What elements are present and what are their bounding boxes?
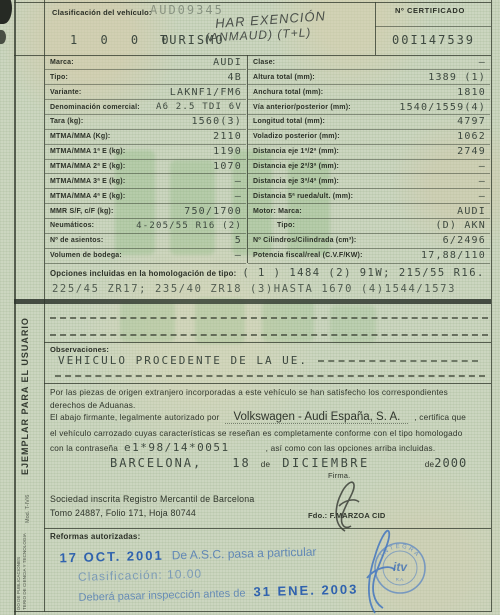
spec-label: Clase: bbox=[253, 59, 275, 66]
authorized-prefix: El abajo firmante, legalmente autorizado… bbox=[50, 413, 219, 422]
reforms-label: Reformas autorizadas: bbox=[50, 532, 140, 541]
spec-row: MTMA/MMA 4ª E (kg):– bbox=[45, 189, 246, 204]
registry-line1: Sociedad inscrita Registro Mercantil de … bbox=[50, 494, 254, 504]
reform-inspection-deadline: 31 ENE. 2003 bbox=[253, 582, 358, 600]
spec-value: 4797 bbox=[457, 116, 486, 127]
certificate-box-line bbox=[375, 26, 491, 27]
spec-label: Anchura total (mm): bbox=[253, 89, 323, 96]
spec-value: – bbox=[479, 161, 486, 172]
right-border bbox=[491, 0, 492, 612]
spec-value: 2749 bbox=[457, 146, 486, 157]
spec-row: Distancia eje 3ª/4ª (mm):– bbox=[248, 174, 490, 189]
spec-value: 6/2496 bbox=[443, 235, 486, 246]
authorized-suffix: , certifica que bbox=[414, 413, 466, 422]
spec-row: Denominación comercial:A6 2.5 TDI 6V bbox=[45, 100, 246, 115]
spec-label: MTMA/MMA 1ª E (kg): bbox=[50, 148, 125, 155]
company-name: Volkswagen - Audi España, S. A. bbox=[225, 411, 408, 424]
spec-row: Volumen de bodega:– bbox=[45, 249, 246, 264]
spec-value: 2110 bbox=[213, 131, 242, 142]
spec-row: Anchura total (mm):1810 bbox=[248, 85, 490, 100]
reform-stamp-text2: Clasificación: 10.00 bbox=[78, 562, 390, 584]
spec-label: Longitud total (mm): bbox=[253, 118, 325, 125]
spec-row: MTMA/MMA 2ª E (kg):1070 bbox=[45, 160, 246, 175]
spec-label: Distancia eje 3ª/4ª (mm): bbox=[253, 178, 339, 185]
spec-value: – bbox=[235, 191, 242, 202]
observations-filler-dashes bbox=[318, 360, 478, 362]
security-watermark bbox=[330, 305, 376, 343]
svg-text:R.A.: R.A. bbox=[396, 577, 405, 582]
spec-row: Vía anterior/posterior (mm):1540/1559(4) bbox=[248, 100, 490, 115]
spec-row: Variante:LAKNF1/FM6 bbox=[45, 85, 246, 100]
reform-stamp-text1: De A.S.C. pasa a particular bbox=[172, 545, 317, 563]
spec-label: Altura total (mm): bbox=[253, 74, 315, 81]
spec-value: 1560(3) bbox=[191, 116, 242, 127]
spec-label: Tipo: bbox=[50, 74, 68, 81]
spec-value: 1389 (1) bbox=[428, 72, 486, 83]
spec-label: MTMA/MMA 4ª E (kg): bbox=[50, 193, 125, 200]
spec-label: Voladizo posterior (mm): bbox=[253, 133, 340, 140]
spec-label: Denominación comercial: bbox=[50, 104, 140, 111]
spec-value: 4B bbox=[228, 72, 242, 83]
reform-stamp-block: 17 OCT. 2001 De A.S.C. pasa a particular… bbox=[59, 542, 390, 605]
top-border bbox=[14, 2, 491, 3]
reform-inspection-prefix: Deberá pasar inspección antes de bbox=[78, 587, 245, 603]
spec-value: – bbox=[235, 176, 242, 187]
spec-value: – bbox=[479, 191, 486, 202]
spec-label: Distancia eje 2ª/3ª (mm): bbox=[253, 163, 339, 170]
imprint-line2: TERIO DE CIENCIA Y TECNOLOGIA bbox=[22, 548, 27, 610]
spec-value: 5 bbox=[235, 235, 242, 246]
spec-label: Neumáticos: bbox=[50, 222, 94, 229]
password-suffix: , así como con las opciones arriba inclu… bbox=[266, 444, 436, 453]
date-de1: de bbox=[261, 460, 271, 469]
spec-value: 4-205/55 R16 (2) bbox=[136, 221, 242, 231]
spec-value: 1070 bbox=[213, 161, 242, 172]
itv-stamp-center-text: itv bbox=[393, 560, 408, 574]
spec-value: – bbox=[479, 176, 486, 187]
customs-line2: derechos de Aduanas. bbox=[50, 401, 488, 410]
spec-label: Variante: bbox=[50, 89, 81, 96]
date-year: 2000 bbox=[434, 456, 467, 470]
date-day: 18 bbox=[232, 456, 250, 470]
classification-code-faded: AUD09345 bbox=[150, 3, 224, 17]
spec-label: Potencia fiscal/real (C.V.F/KW): bbox=[253, 252, 363, 259]
outer-left-border bbox=[14, 0, 16, 615]
spec-row: Nº Cilindros/Cilindrada (cm³):6/2496 bbox=[248, 234, 490, 249]
spec-row: MMR S/F, c/F (kg):750/1700 bbox=[45, 204, 246, 219]
approval-code: e1*98/14*0051 bbox=[124, 441, 230, 454]
spec-row: Potencia fiscal/real (C.V.F/KW):17,88/11… bbox=[248, 249, 490, 264]
password-line: con la contraseña e1*98/14*0051 , así co… bbox=[50, 441, 488, 454]
conformity-line: el vehículo carrozado cuyas característi… bbox=[50, 429, 488, 438]
spec-row: Longitud total (mm):4797 bbox=[248, 115, 490, 130]
date-month: DICIEMBRE bbox=[282, 456, 370, 470]
spec-row: MTMA/MMA (Kg):2110 bbox=[45, 130, 246, 145]
torn-corner-mark bbox=[0, 30, 6, 44]
spec-label: Tipo: bbox=[253, 222, 295, 229]
spec-label: Motor: Marca: bbox=[253, 208, 302, 215]
spec-row: Distancia 5ª rueda/ult. (mm):– bbox=[248, 189, 490, 204]
copy-type-label: EJEMPLAR PARA EL USUARIO bbox=[20, 295, 30, 475]
spec-row: Nº de asientos:5 bbox=[45, 234, 246, 249]
spec-row: MTMA/MMA 1ª E (kg):1190 bbox=[45, 145, 246, 160]
spec-label: Tara (kg): bbox=[50, 118, 83, 125]
spec-label: Marca: bbox=[50, 59, 74, 66]
spec-value: AUDI bbox=[213, 57, 242, 68]
spec-row: Tipo:4B bbox=[45, 70, 246, 85]
spec-label: Nº Cilindros/Cilindrada (cm³): bbox=[253, 237, 356, 244]
spec-value: – bbox=[479, 57, 486, 68]
spec-row: Tara (kg):1560(3) bbox=[45, 115, 246, 130]
observations-row: VEHICULO PROCEDENTE DE LA UE. bbox=[58, 354, 478, 367]
certificate-label: Nº CERTIFICADO bbox=[395, 6, 465, 15]
spec-row: Voladizo posterior (mm):1062 bbox=[248, 130, 490, 145]
observations-value: VEHICULO PROCEDENTE DE LA UE. bbox=[58, 354, 308, 367]
reforms-top-line bbox=[44, 528, 491, 529]
spec-row: Tipo:(D) AKN bbox=[248, 219, 490, 234]
spec-label: Distancia eje 1ª/2ª (mm): bbox=[253, 148, 339, 155]
date-de2: de bbox=[425, 460, 435, 469]
torn-corner-mark bbox=[0, 0, 12, 24]
options-label: Opciones incluidas en la homologación de… bbox=[50, 269, 236, 278]
spec-value: 1810 bbox=[457, 87, 486, 98]
reform-stamp-date: 17 OCT. 2001 bbox=[59, 548, 164, 566]
itv-round-stamp: INTEGRA itv R.A. bbox=[372, 540, 428, 596]
observations-label: Observaciones: bbox=[50, 345, 109, 354]
bottom-border bbox=[14, 611, 491, 612]
options-line1: Opciones incluidas en la homologación de… bbox=[50, 267, 485, 279]
options-value2: 225/45 ZR17; 235/40 ZR18 (3)HASTA 1670 (… bbox=[52, 283, 456, 295]
spec-label: MTMA/MMA (Kg): bbox=[50, 133, 110, 140]
spec-label: MTMA/MMA 3ª E (kg): bbox=[50, 178, 125, 185]
customs-line1: Por las piezas de origen extranjero inco… bbox=[50, 388, 488, 397]
model-reference: Mod. T-IV/6 bbox=[25, 478, 31, 523]
spec-value: 17,88/110 bbox=[421, 250, 486, 261]
spec-value: AUDI bbox=[457, 206, 486, 217]
document-scan: Clasificación del vehículo: AUD09345 HAR… bbox=[0, 0, 500, 615]
spec-row: Marca:AUDI bbox=[45, 56, 246, 71]
options-value1: ( 1 ) 1484 (2) 91W; 215/55 R16. bbox=[242, 267, 484, 279]
spec-label: Nº de asientos: bbox=[50, 237, 103, 244]
spec-row: Distancia eje 2ª/3ª (mm):– bbox=[248, 160, 490, 175]
spec-value: 750/1700 bbox=[184, 206, 242, 217]
classification-label: Clasificación del vehículo: bbox=[52, 8, 152, 17]
spec-row: Clase:– bbox=[248, 56, 490, 71]
authorized-line: El abajo firmante, legalmente autorizado… bbox=[50, 411, 488, 424]
date-city: BARCELONA, bbox=[110, 456, 202, 470]
blank-dashed-line bbox=[50, 317, 488, 319]
spec-value: 1540/1559(4) bbox=[399, 102, 486, 113]
spec-value: – bbox=[235, 250, 242, 261]
reform-stamp-line1: 17 OCT. 2001 De A.S.C. pasa a particular bbox=[59, 542, 389, 566]
certificate-box-divider bbox=[375, 2, 376, 55]
spec-value: (D) AKN bbox=[435, 220, 486, 231]
observations-top-line bbox=[44, 342, 491, 343]
blank-dashed-line bbox=[50, 334, 488, 336]
spec-label: MTMA/MMA 2ª E (kg): bbox=[50, 163, 125, 170]
password-prefix: con la contraseña bbox=[50, 444, 118, 453]
spec-label: MMR S/F, c/F (kg): bbox=[50, 208, 114, 215]
spec-column-left: Marca:AUDI Tipo:4B Variante:LAKNF1/FM6 D… bbox=[45, 56, 246, 264]
date-line: BARCELONA, 18 de DICIEMBRE de 2000 bbox=[110, 456, 467, 470]
security-watermark bbox=[195, 298, 245, 344]
spec-row: Neumáticos:4-205/55 R16 (2) bbox=[45, 219, 246, 234]
spec-row: Motor: Marca:AUDI bbox=[248, 204, 490, 219]
certificate-number: 00I147539 bbox=[392, 33, 475, 47]
imprint-line1: DO DE PUBLICACIONES bbox=[16, 548, 21, 610]
spec-row: MTMA/MMA 3ª E (kg):– bbox=[45, 174, 246, 189]
reform-stamp-line3: Deberá pasar inspección antes de 31 ENE.… bbox=[78, 581, 390, 604]
spec-column-right: Clase:– Altura total (mm):1389 (1) Anchu… bbox=[248, 56, 490, 264]
spec-label: Distancia 5ª rueda/ult. (mm): bbox=[253, 193, 353, 200]
spec-label: Vía anterior/posterior (mm): bbox=[253, 104, 351, 111]
certification-top-line bbox=[44, 383, 491, 384]
spec-value: 1062 bbox=[457, 131, 486, 142]
vehicle-type: TURISMO bbox=[160, 33, 225, 47]
spec-value: LAKNF1/FM6 bbox=[170, 87, 242, 98]
section-separator-band bbox=[14, 299, 491, 304]
spec-value: 1190 bbox=[213, 146, 242, 157]
spec-label: Volumen de bodega: bbox=[50, 252, 122, 259]
blank-dashed-line bbox=[55, 375, 485, 377]
registry-line2: Tomo 24887, Folio 171, Hoja 80744 bbox=[50, 508, 196, 518]
spec-row: Altura total (mm):1389 (1) bbox=[248, 70, 490, 85]
spec-row: Distancia eje 1ª/2ª (mm):2749 bbox=[248, 145, 490, 160]
spec-value: A6 2.5 TDI 6V bbox=[156, 102, 242, 112]
